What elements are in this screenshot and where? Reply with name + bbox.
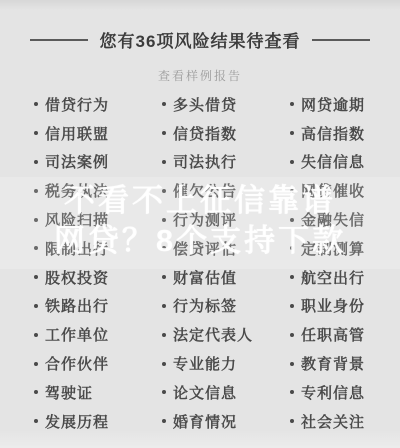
bullet-icon — [290, 362, 294, 366]
bullet-icon — [34, 419, 38, 423]
risk-item: 失信信息 — [266, 151, 400, 172]
risk-item: 发展历程 — [0, 411, 133, 432]
risk-item: 网贷催收 — [266, 180, 400, 201]
bullet-icon — [162, 390, 166, 394]
risk-item: 金融失信 — [266, 209, 400, 230]
risk-item-label: 失信信息 — [301, 151, 365, 172]
risk-item: 财富估值 — [133, 267, 266, 288]
risk-item-label: 行为标签 — [173, 295, 237, 316]
risk-item: 催欠公告 — [133, 180, 266, 201]
bullet-icon — [34, 246, 38, 250]
risk-item-label: 信用联盟 — [45, 123, 109, 144]
risk-item: 专业能力 — [133, 353, 266, 374]
risk-item-label: 婚育情况 — [173, 411, 237, 432]
page-title: 您有36项风险结果待查看 — [100, 27, 301, 52]
risk-item-label: 高信指数 — [301, 123, 365, 144]
risk-item: 工作单位 — [0, 324, 133, 345]
risk-item: 合作伙伴 — [0, 353, 133, 374]
risk-item-label: 行为测评 — [173, 209, 237, 230]
risk-item: 行为标签 — [133, 295, 266, 316]
risk-item: 司法案例 — [0, 151, 133, 172]
risk-item-label: 股权投资 — [45, 267, 109, 288]
risk-item: 专利信息 — [266, 382, 400, 403]
bullet-icon — [34, 131, 38, 135]
bullet-icon — [34, 390, 38, 394]
risk-item-label: 财富估值 — [173, 267, 237, 288]
risk-item: 论文信息 — [133, 382, 266, 403]
risk-item: 驾驶证 — [0, 382, 133, 403]
risk-item-label: 合作伙伴 — [45, 353, 109, 374]
bullet-icon — [162, 333, 166, 337]
risk-item: 教育背景 — [266, 353, 400, 374]
bullet-icon — [290, 246, 294, 250]
report-header: 您有36项风险结果待查看 — [0, 0, 400, 52]
risk-item: 航空出行 — [266, 267, 400, 288]
bullet-icon — [34, 362, 38, 366]
risk-item: 多头借贷 — [133, 94, 266, 115]
risk-item-label: 教育背景 — [301, 353, 365, 374]
bullet-icon — [34, 160, 38, 164]
risk-item-label: 司法执行 — [173, 151, 237, 172]
risk-item-label: 偿贷评估 — [173, 238, 237, 259]
risk-report-screen: 您有36项风险结果待查看 查看样例报告 借贷行为多头借贷网贷逾期信用联盟信贷指数… — [0, 0, 400, 448]
bullet-icon — [162, 246, 166, 250]
risk-item: 婚育情况 — [133, 411, 266, 432]
bullet-icon — [162, 160, 166, 164]
risk-item-label: 定制测算 — [301, 238, 365, 259]
risk-item-label: 论文信息 — [173, 382, 237, 403]
risk-item: 高信指数 — [266, 123, 400, 144]
bullet-icon — [290, 218, 294, 222]
risk-item-label: 法定代表人 — [173, 324, 253, 345]
bullet-icon — [290, 131, 294, 135]
risk-item: 社会关注 — [266, 411, 400, 432]
risk-item-label: 信贷指数 — [173, 123, 237, 144]
risk-item: 借贷行为 — [0, 94, 133, 115]
header-right-rule — [312, 39, 370, 41]
risk-item-label: 发展历程 — [45, 411, 109, 432]
bullet-icon — [290, 304, 294, 308]
risk-item-label: 金融失信 — [301, 209, 365, 230]
risk-item-label: 风险扫描 — [45, 209, 109, 230]
bullet-icon — [162, 189, 166, 193]
bullet-icon — [34, 275, 38, 279]
bullet-icon — [162, 131, 166, 135]
risk-item-label: 限制出行 — [45, 238, 109, 259]
risk-item-label: 工作单位 — [45, 324, 109, 345]
risk-item-label: 铁路出行 — [45, 295, 109, 316]
risk-item-label: 航空出行 — [301, 267, 365, 288]
risk-item: 信用联盟 — [0, 123, 133, 144]
risk-item: 偿贷评估 — [133, 238, 266, 259]
risk-item-label: 社会关注 — [301, 411, 365, 432]
risk-item-label: 借贷行为 — [45, 94, 109, 115]
risk-item: 法定代表人 — [133, 324, 266, 345]
risk-item-label: 职业身份 — [301, 295, 365, 316]
bullet-icon — [290, 102, 294, 106]
bullet-icon — [290, 160, 294, 164]
risk-item: 税务执法 — [0, 180, 133, 201]
bullet-icon — [290, 189, 294, 193]
risk-item: 任职高管 — [266, 324, 400, 345]
bullet-icon — [34, 333, 38, 337]
bullet-icon — [34, 304, 38, 308]
risk-item-label: 驾驶证 — [45, 382, 93, 403]
risk-item: 股权投资 — [0, 267, 133, 288]
risk-item: 行为测评 — [133, 209, 266, 230]
risk-item: 司法执行 — [133, 151, 266, 172]
risk-item: 风险扫描 — [0, 209, 133, 230]
bullet-icon — [162, 102, 166, 106]
risk-item-label: 专业能力 — [173, 353, 237, 374]
bullet-icon — [162, 362, 166, 366]
bullet-icon — [162, 218, 166, 222]
risk-item: 铁路出行 — [0, 295, 133, 316]
risk-item-label: 网贷逾期 — [301, 94, 365, 115]
bullet-icon — [290, 275, 294, 279]
bullet-icon — [162, 304, 166, 308]
bullet-icon — [290, 333, 294, 337]
risk-item-label: 催欠公告 — [173, 180, 237, 201]
risk-item: 定制测算 — [266, 238, 400, 259]
bullet-icon — [34, 102, 38, 106]
bullet-icon — [162, 275, 166, 279]
risk-item-label: 税务执法 — [45, 180, 109, 201]
risk-item-label: 任职高管 — [301, 324, 365, 345]
risk-item-label: 网贷催收 — [301, 180, 365, 201]
risk-item: 职业身份 — [266, 295, 400, 316]
risk-items-grid: 借贷行为多头借贷网贷逾期信用联盟信贷指数高信指数司法案例司法执行失信信息税务执法… — [0, 90, 400, 436]
bullet-icon — [34, 218, 38, 222]
bullet-icon — [34, 189, 38, 193]
bullet-icon — [290, 419, 294, 423]
risk-item-label: 司法案例 — [45, 151, 109, 172]
header-left-rule — [30, 39, 88, 41]
risk-item-label: 多头借贷 — [173, 94, 237, 115]
risk-item: 信贷指数 — [133, 123, 266, 144]
bullet-icon — [290, 390, 294, 394]
view-sample-report-link[interactable]: 查看样例报告 — [0, 67, 400, 84]
risk-item: 限制出行 — [0, 238, 133, 259]
risk-item-label: 专利信息 — [301, 382, 365, 403]
bullet-icon — [162, 419, 166, 423]
risk-item: 网贷逾期 — [266, 94, 400, 115]
